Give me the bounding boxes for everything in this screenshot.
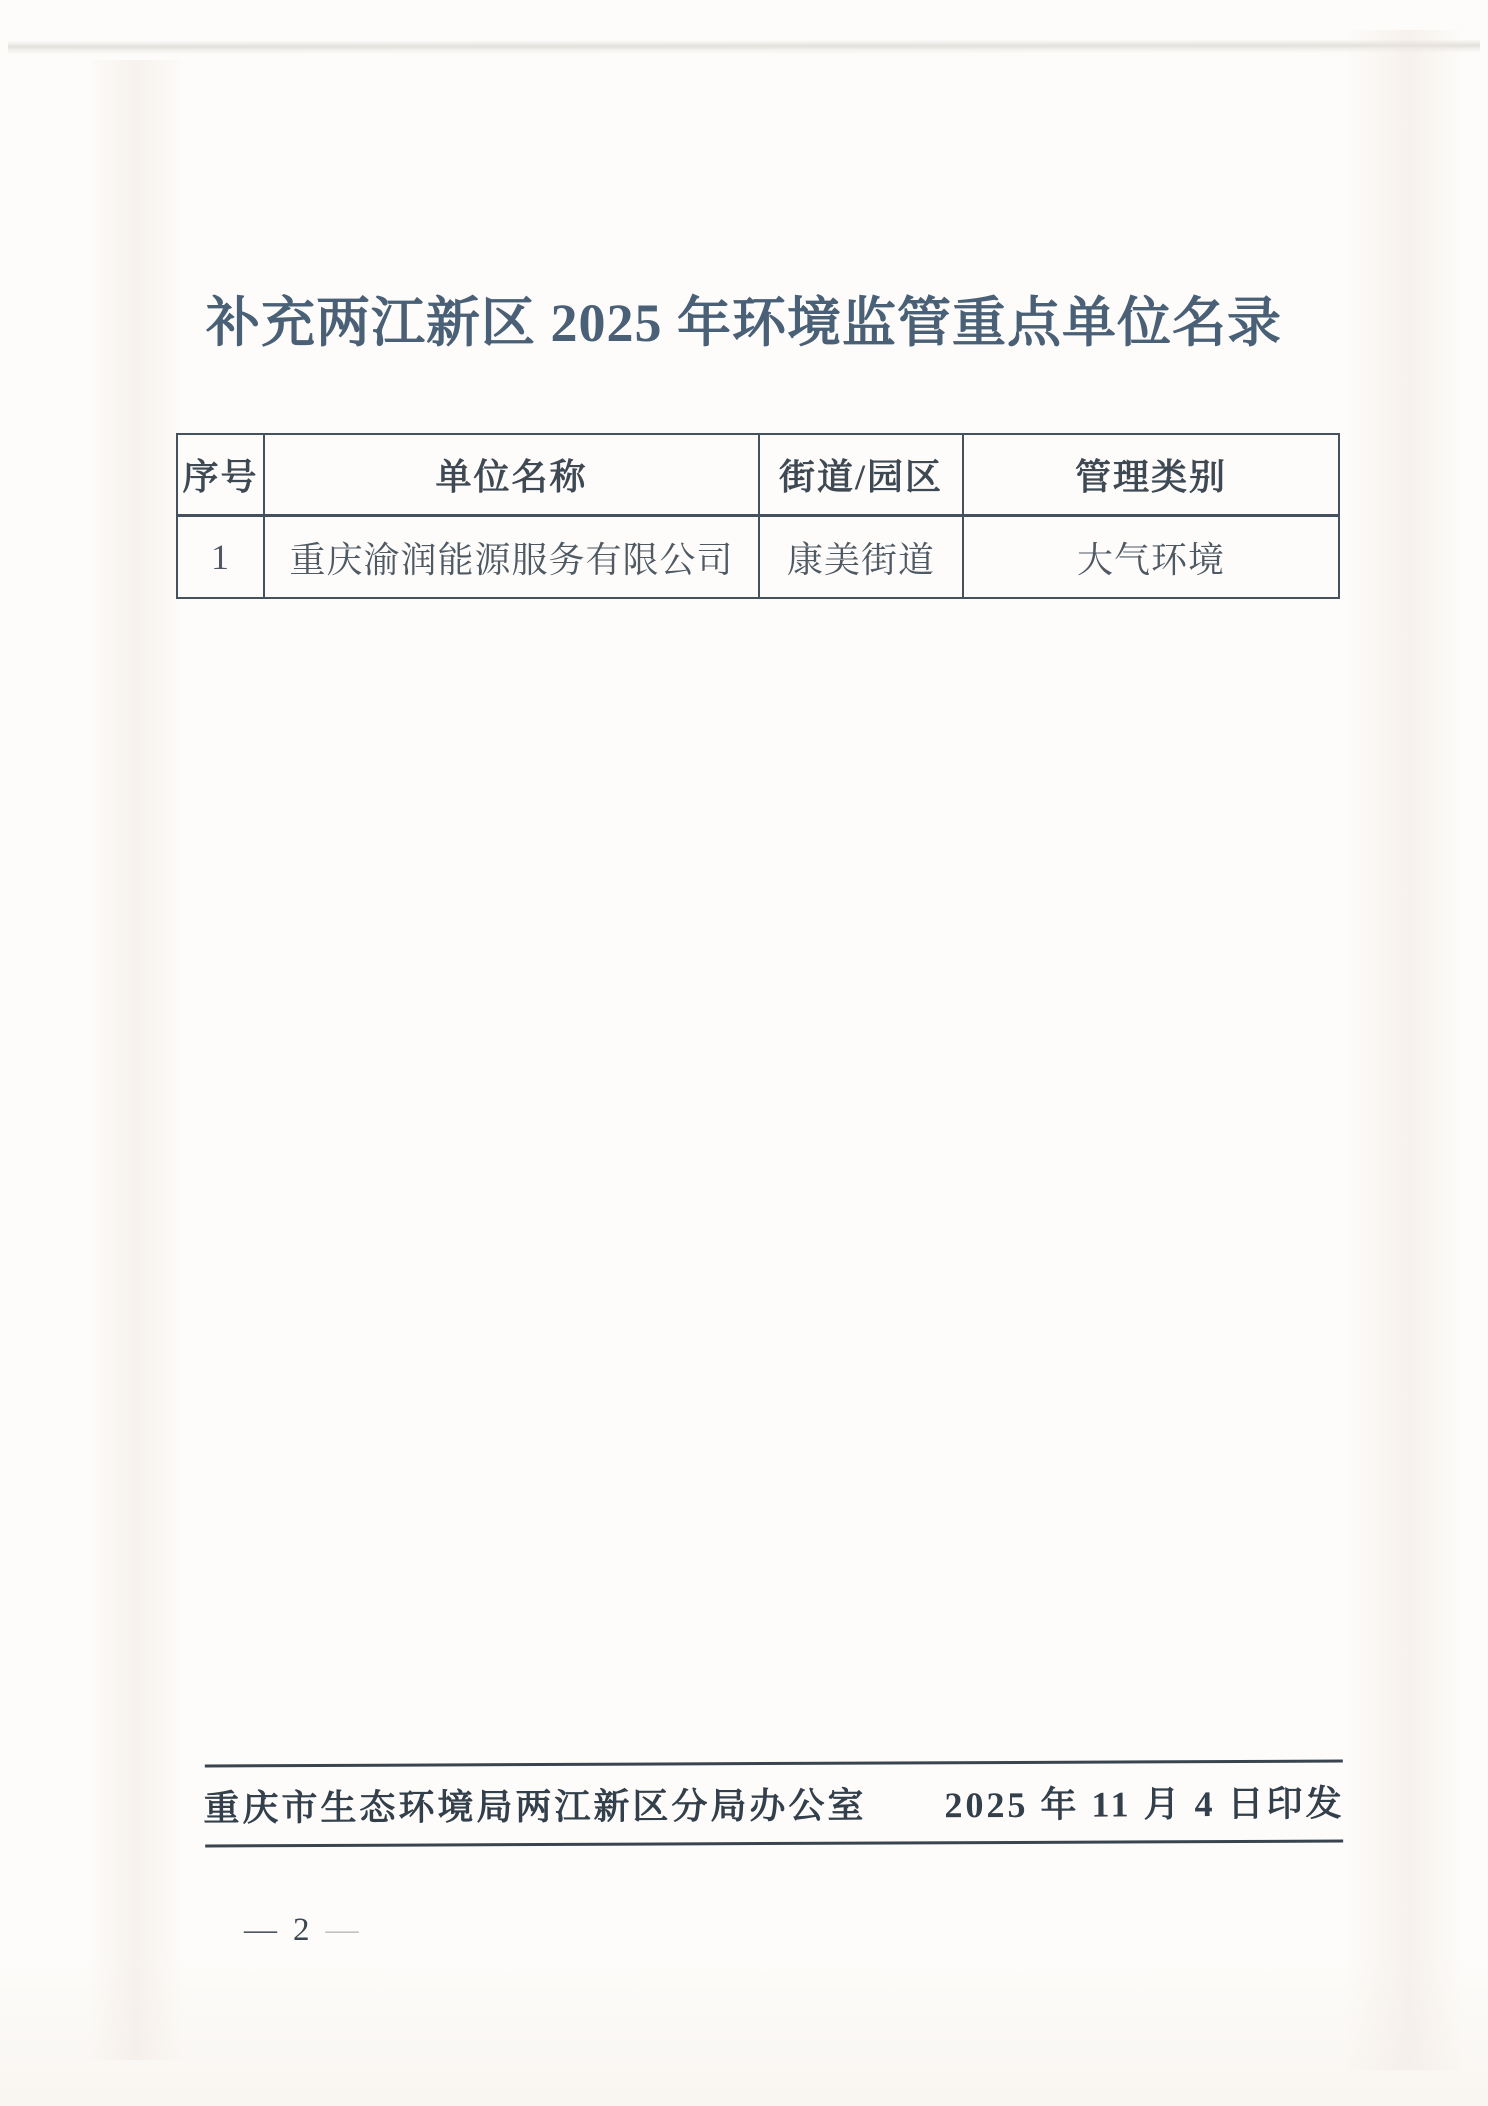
table-row-cell-management-category: 大气环境 (964, 517, 1338, 597)
table-header-index: 序号 (178, 435, 265, 517)
footer-issuer: 重庆市生态环境局两江新区分局办公室 (203, 1778, 866, 1832)
scan-artifact-bottom-band (0, 1956, 1488, 2106)
scan-artifact-left-band (88, 60, 184, 2060)
table-header-management-category: 管理类别 (964, 435, 1338, 517)
table-row-cell-unit-name: 重庆渝润能源服务有限公司 (265, 517, 760, 597)
footer-print-date: 2025 年 11 月 4 日印发 (944, 1776, 1344, 1829)
page-number-dash-left: — (244, 1912, 277, 1949)
table-row-cell-street-park: 康美街道 (760, 517, 964, 597)
page-number-value: 2 (293, 1912, 310, 1949)
page-number: — 2 — (244, 1912, 359, 1949)
footer-text: 重庆市生态环境局两江新区分局办公室 2025 年 11 月 4 日印发 (205, 1763, 1343, 1845)
page-number-dash-right: — (326, 1912, 359, 1949)
footer-issuer-block: 重庆市生态环境局两江新区分局办公室 2025 年 11 月 4 日印发 (205, 1760, 1343, 1848)
scan-artifact-top-streak (8, 39, 1480, 55)
document-title: 补充两江新区 2025 年环境监管重点单位名录 (0, 280, 1488, 357)
units-table: 序号 单位名称 街道/园区 管理类别 1 重庆渝润能源服务有限公司 康美街道 大… (176, 433, 1340, 599)
scanned-document-page: 补充两江新区 2025 年环境监管重点单位名录 序号 单位名称 街道/园区 管理… (0, 0, 1488, 2106)
table-row-cell-index: 1 (178, 517, 265, 597)
table-header-street-park: 街道/园区 (760, 435, 964, 517)
table-header-unit-name: 单位名称 (265, 435, 760, 517)
